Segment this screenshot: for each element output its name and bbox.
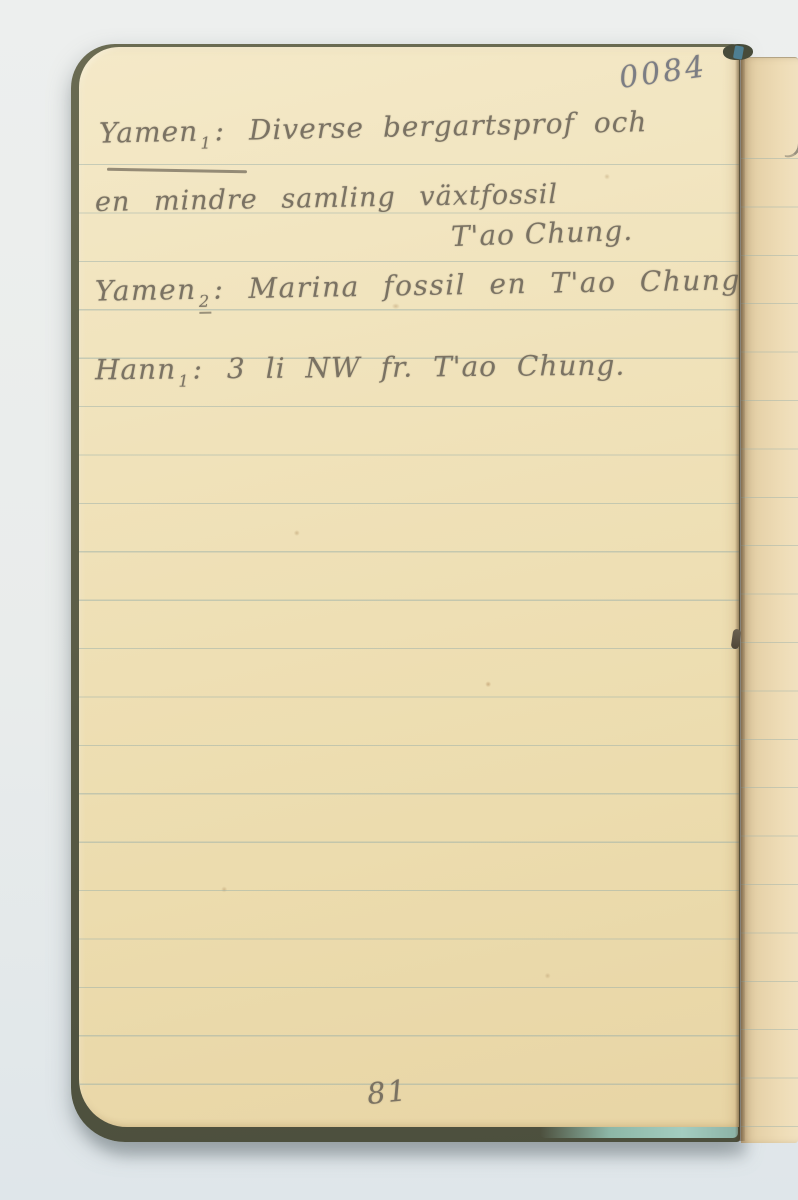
entry-3-text: 3 li NW fr. T'ao Chung. bbox=[227, 349, 626, 385]
entry-1-index: 1 bbox=[200, 133, 212, 152]
entry-3-index: 1 bbox=[178, 372, 190, 391]
entry-1-colon: : bbox=[214, 114, 225, 147]
adjacent-page-ruled-lines bbox=[741, 158, 798, 1133]
binding-gutter bbox=[735, 47, 745, 1141]
notebook-page: 0084 Yamen1:Diverse bergartsprof och en … bbox=[79, 47, 739, 1127]
catalog-number: 0084 bbox=[617, 49, 709, 96]
cover-cloth-edge bbox=[540, 1126, 738, 1138]
entry-3-colon: : bbox=[192, 352, 203, 385]
entry-3-line-1: Hann1:3 li NW fr. T'ao Chung. bbox=[95, 349, 626, 392]
entry-1-text: Diverse bergartsprof och bbox=[249, 105, 648, 146]
page-number: 81 bbox=[365, 1073, 409, 1111]
entry-1-line-1: Yamen1:Diverse bergartsprof och bbox=[99, 105, 648, 155]
entry-2-label: Yamen bbox=[95, 273, 197, 308]
entry-1-line-3: T'ao Chung. bbox=[450, 214, 633, 253]
entry-2-colon: : bbox=[213, 272, 225, 305]
entry-2-index: 2 bbox=[199, 292, 211, 314]
partial-writing-mark bbox=[784, 127, 798, 158]
entry-3-label: Hann bbox=[95, 353, 176, 387]
entry-1-label: Yamen bbox=[99, 115, 199, 150]
scanned-notebook-photo: 0084 Yamen1:Diverse bergartsprof och en … bbox=[0, 0, 798, 1200]
adjacent-page-sliver bbox=[741, 57, 798, 1143]
